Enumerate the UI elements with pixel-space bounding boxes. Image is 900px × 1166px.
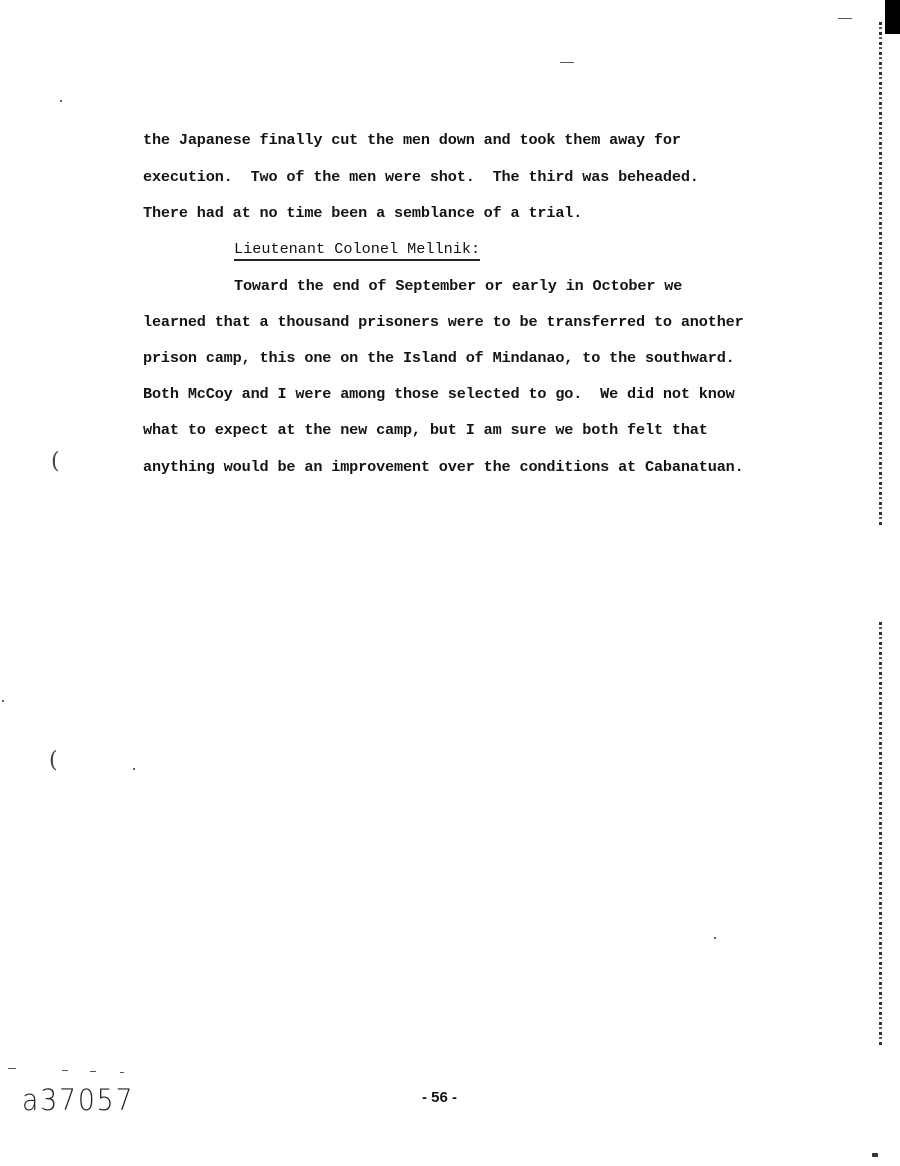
scan-speck xyxy=(2,700,4,702)
scan-speck xyxy=(133,768,135,770)
body-line: There had at no time been a semblance of… xyxy=(143,204,582,222)
speaker-heading: Lieutenant Colonel Mellnik: xyxy=(234,240,480,261)
scan-edge-artifact xyxy=(885,0,900,34)
margin-mark: ( xyxy=(49,748,58,773)
paragraph-line: what to expect at the new camp, but I am… xyxy=(143,421,708,439)
scan-mark xyxy=(560,62,574,63)
scan-speck xyxy=(60,100,62,102)
paragraph-line: Toward the end of September or early in … xyxy=(234,277,682,295)
margin-mark: ( xyxy=(51,449,60,474)
scan-speck xyxy=(714,937,716,939)
body-line: the Japanese finally cut the men down an… xyxy=(143,131,681,149)
paragraph-line: learned that a thousand prisoners were t… xyxy=(143,313,744,331)
scan-edge-line xyxy=(879,22,882,527)
scan-mark xyxy=(838,18,852,19)
scan-mark xyxy=(120,1072,124,1073)
document-page: ( ( the Japanese finally cut the men dow… xyxy=(0,0,900,1166)
scan-mark xyxy=(90,1071,96,1072)
body-line: execution. Two of the men were shot. The… xyxy=(143,168,699,186)
page-number: - 56 - xyxy=(422,1089,457,1106)
scan-mark xyxy=(8,1068,16,1069)
paragraph-line: Both McCoy and I were among those select… xyxy=(143,385,735,403)
paragraph-line: anything would be an improvement over th… xyxy=(143,458,744,476)
paragraph-line: prison camp, this one on the Island of M… xyxy=(143,349,735,367)
scan-mark xyxy=(62,1070,68,1071)
handwritten-archive-number: a37057 xyxy=(22,1083,134,1117)
scan-edge-line xyxy=(879,622,882,1047)
scan-speck xyxy=(872,1153,878,1157)
